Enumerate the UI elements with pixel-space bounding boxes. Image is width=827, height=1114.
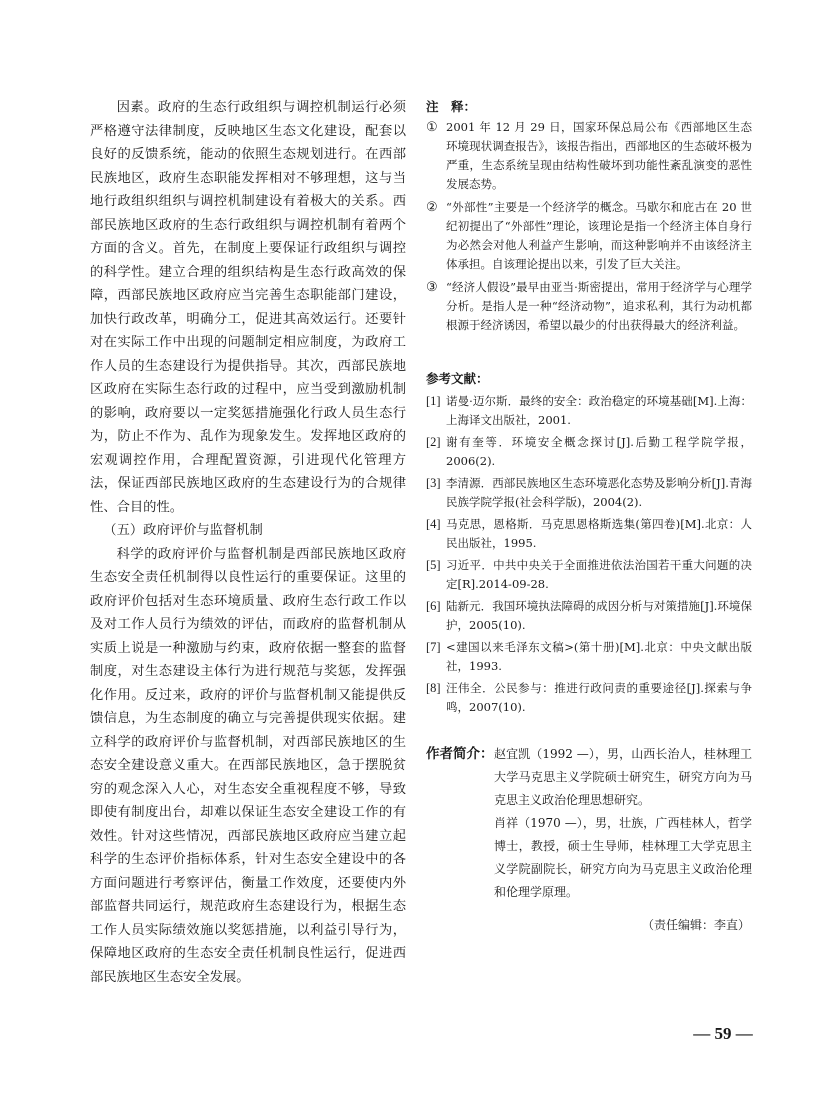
- responsible-editor: （责任编辑：李直）: [426, 916, 752, 935]
- notes-heading: 注 释：: [426, 97, 752, 116]
- reference-number: [8]: [426, 679, 446, 717]
- reference-number: [5]: [426, 556, 446, 594]
- note-text: “外部性”主要是一个经济学的概念。马歇尔和庇古在 20 世纪初提出了“外部性”理…: [446, 198, 752, 274]
- reference-item: [3] 李清源．西部民族地区生态环境恶化态势及影响分析[J].青海民族学院学报(…: [426, 474, 752, 512]
- reference-item: [4] 马克思，恩格斯．马克思恩格斯选集(第四卷)[M].北京：人民出版社，19…: [426, 515, 752, 553]
- note-marker: ②: [426, 198, 446, 274]
- reference-item: [1] 诺曼·迈尔斯．最终的安全：政治稳定的环境基础[M].上海：上海译文出版社…: [426, 392, 752, 430]
- note-item: ③ “经济人假设”最早由亚当·斯密提出，常用于经济学与心理学分析。是指人是一种“…: [426, 278, 752, 335]
- reference-text: 马克思，恩格斯．马克思恩格斯选集(第四卷)[M].北京：人民出版社，1995.: [446, 515, 752, 553]
- notes-references-column: 注 释： ① 2001 年 12 月 29 日，国家环保总局公布《西部地区生态环…: [426, 97, 752, 935]
- page-number: — 59 —: [688, 1024, 758, 1044]
- reference-text: 陆新元．我国环境执法障碍的成因分析与对策措施[J].环境保护，2005(10).: [446, 597, 752, 635]
- body-paragraph: 科学的政府评价与监督机制是西部民族地区政府生态安全责任机制得以良性运行的重要保证…: [90, 543, 406, 990]
- reference-text: 汪伟全．公民参与：推进行政问责的重要途径[J].探索与争鸣，2007(10).: [446, 679, 752, 717]
- reference-item: [8] 汪伟全．公民参与：推进行政问责的重要途径[J].探索与争鸣，2007(1…: [426, 679, 752, 717]
- author-bio-label: 作者简介：: [426, 743, 494, 904]
- main-text-column: 因素。政府的生态行政组织与调控机制运行必须严格遵守法律制度，反映地区生态文化建设…: [90, 96, 406, 989]
- reference-item: [2] 谢有奎等．环境安全概念探讨[J].后勤工程学院学报，2006(2).: [426, 433, 752, 471]
- reference-number: [4]: [426, 515, 446, 553]
- author-bio-text: 肖祥（1970 —），男，壮族，广西桂林人，哲学博士，教授，硕士生导师，桂林理工…: [494, 812, 752, 904]
- reference-number: [7]: [426, 638, 446, 676]
- reference-number: [2]: [426, 433, 446, 471]
- note-item: ① 2001 年 12 月 29 日，国家环保总局公布《西部地区生态环境现状调查…: [426, 118, 752, 194]
- author-bio-text: 赵宜凯（1992 —），男，山西长治人，桂林理工大学马克思主义学院硕士研究生，研…: [494, 743, 752, 812]
- reference-text: 诺曼·迈尔斯．最终的安全：政治稳定的环境基础[M].上海：上海译文出版社，200…: [446, 392, 752, 430]
- reference-text: 谢有奎等．环境安全概念探讨[J].后勤工程学院学报，2006(2).: [446, 433, 752, 471]
- reference-number: [1]: [426, 392, 446, 430]
- references-heading: 参考文献：: [426, 369, 752, 388]
- reference-text: 习近平．中共中央关于全面推进依法治国若干重大问题的决定[R].2014-09-2…: [446, 556, 752, 594]
- note-marker: ③: [426, 278, 446, 335]
- reference-text: 李清源．西部民族地区生态环境恶化态势及影响分析[J].青海民族学院学报(社会科学…: [446, 474, 752, 512]
- reference-number: [6]: [426, 597, 446, 635]
- body-paragraph: 因素。政府的生态行政组织与调控机制运行必须严格遵守法律制度，反映地区生态文化建设…: [90, 96, 406, 519]
- section-heading: （五）政府评价与监督机制: [90, 519, 406, 543]
- reference-text: <建国以来毛泽东文稿>(第十册)[M].北京：中央文献出版社，1993.: [446, 638, 752, 676]
- reference-item: [7] <建国以来毛泽东文稿>(第十册)[M].北京：中央文献出版社，1993.: [426, 638, 752, 676]
- note-marker: ①: [426, 118, 446, 194]
- note-item: ② “外部性”主要是一个经济学的概念。马歇尔和庇古在 20 世纪初提出了“外部性…: [426, 198, 752, 274]
- reference-number: [3]: [426, 474, 446, 512]
- note-text: 2001 年 12 月 29 日，国家环保总局公布《西部地区生态环境现状调查报告…: [446, 118, 752, 194]
- author-bio: 作者简介： 赵宜凯（1992 —），男，山西长治人，桂林理工大学马克思主义学院硕…: [426, 743, 752, 904]
- reference-item: [6] 陆新元．我国环境执法障碍的成因分析与对策措施[J].环境保护，2005(…: [426, 597, 752, 635]
- reference-item: [5] 习近平．中共中央关于全面推进依法治国若干重大问题的决定[R].2014-…: [426, 556, 752, 594]
- note-text: “经济人假设”最早由亚当·斯密提出，常用于经济学与心理学分析。是指人是一种“经济…: [446, 278, 752, 335]
